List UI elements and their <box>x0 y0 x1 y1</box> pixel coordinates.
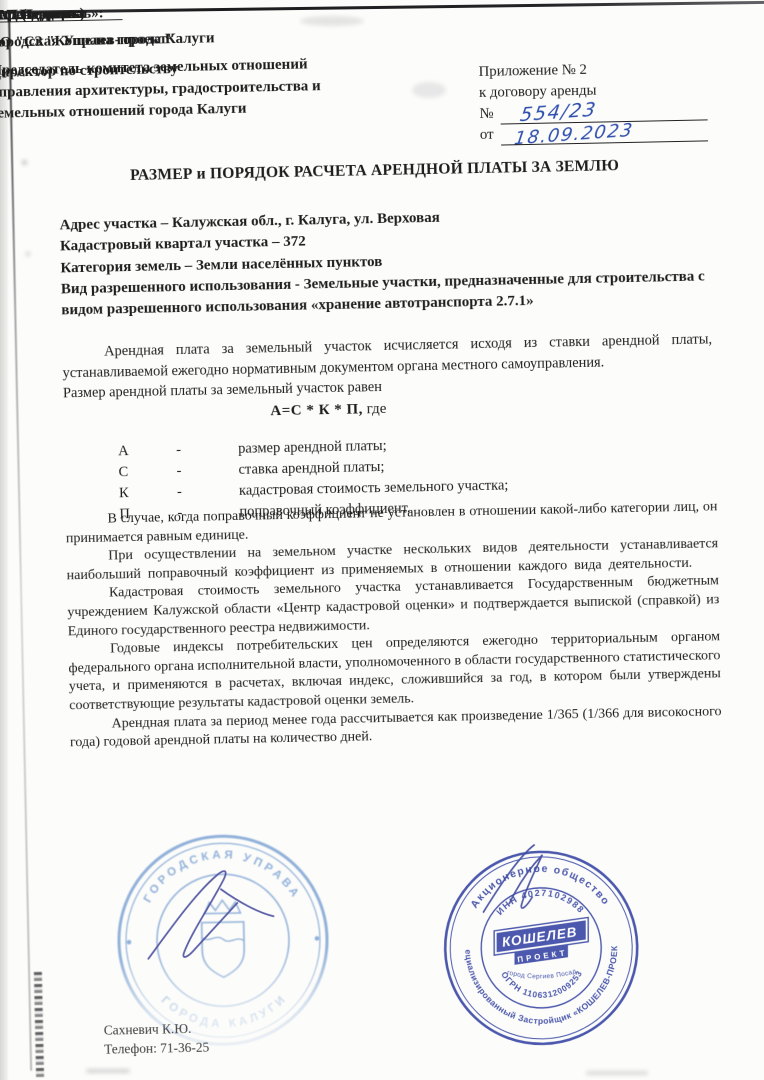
document-content: Приложение № 2 к договору аренды № 554/2… <box>0 0 764 1080</box>
lessee-seal-note: М.П.(подпись) <box>0 0 764 1080</box>
scanned-page: Приложение № 2 к договору аренды № 554/2… <box>0 0 764 1080</box>
